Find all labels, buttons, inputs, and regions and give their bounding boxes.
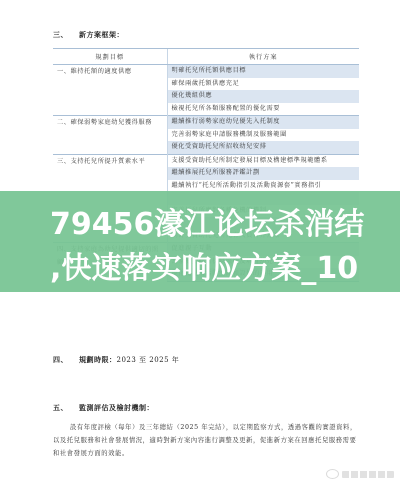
action-cell: 確保兩歲托額供應充足 bbox=[167, 78, 359, 91]
column-header-action: 執行方案 bbox=[167, 49, 359, 65]
section-heading-framework: 三、新方案框架： bbox=[53, 30, 124, 40]
title-overlay-banner: 79456濠江论坛杀消结 ,快速落实响应方案_10 bbox=[0, 191, 400, 292]
monitoring-paragraph: 設有年度評檢（每年）及三年總結（2025 年完結），以定期監察方式，透過客觀的實… bbox=[53, 421, 359, 460]
section-heading-timeline: 四、規劃時限：2023 至 2025 年 bbox=[53, 355, 179, 365]
action-cell: 檢視托兒所各類服務配置的優化需要 bbox=[167, 103, 359, 116]
table-header-row: 規劃目標 執行方案 bbox=[53, 49, 359, 65]
section-number: 四、 bbox=[53, 355, 79, 365]
column-header-goal: 規劃目標 bbox=[53, 49, 167, 65]
watermark-text-blurred bbox=[342, 471, 394, 478]
action-cell: 支援受資助托兒所制定發展目標及構建標準規範體系 bbox=[167, 154, 359, 167]
goal-cell: 一、維持托額的適度供應 bbox=[53, 65, 167, 116]
timeline-value: 2023 至 2025 年 bbox=[117, 356, 180, 364]
action-cell: 明確托兒所托額供應目標 bbox=[167, 65, 359, 78]
overlay-title-line-1: 79456濠江论坛杀消结 bbox=[50, 199, 364, 243]
action-cell: 繼續推展托兒所服務評鑑計劃 bbox=[167, 167, 359, 180]
source-watermark bbox=[326, 468, 394, 480]
action-cell: 優化幾組供應 bbox=[167, 90, 359, 103]
weibo-logo-icon bbox=[326, 469, 339, 479]
action-cell: 優化受資助托兒所招收幼兒安排 bbox=[167, 141, 359, 154]
goal-cell: 二、確保弱勢家庭幼兒獲得服務 bbox=[53, 116, 167, 155]
action-cell: 完善弱勢家庭申請服務機制及服務範圍 bbox=[167, 129, 359, 142]
section-number: 三、 bbox=[53, 30, 79, 40]
section-title: 新方案框架： bbox=[79, 30, 124, 39]
table-row: 一、維持托額的適度供應 明確托兒所托額供應目標 bbox=[53, 65, 359, 78]
section-title: 規劃時限： bbox=[79, 355, 117, 364]
section-title: 監測評估及檢討機制： bbox=[79, 403, 154, 412]
section-heading-monitoring: 五、監測評估及檢討機制： bbox=[53, 403, 154, 413]
section-number: 五、 bbox=[53, 403, 79, 413]
overlay-title-line-2: ,快速落实响应方案_10 bbox=[50, 243, 358, 287]
table-row: 二、確保弱勢家庭幼兒獲得服務 繼續推行弱勢家庭幼兒優先入托制度 bbox=[53, 116, 359, 129]
action-cell: 繼續推行弱勢家庭幼兒優先入托制度 bbox=[167, 116, 359, 129]
table-row: 三、支持托兒所提升質素水平 支援受資助托兒所制定發展目標及構建標準規範體系 bbox=[53, 154, 359, 167]
